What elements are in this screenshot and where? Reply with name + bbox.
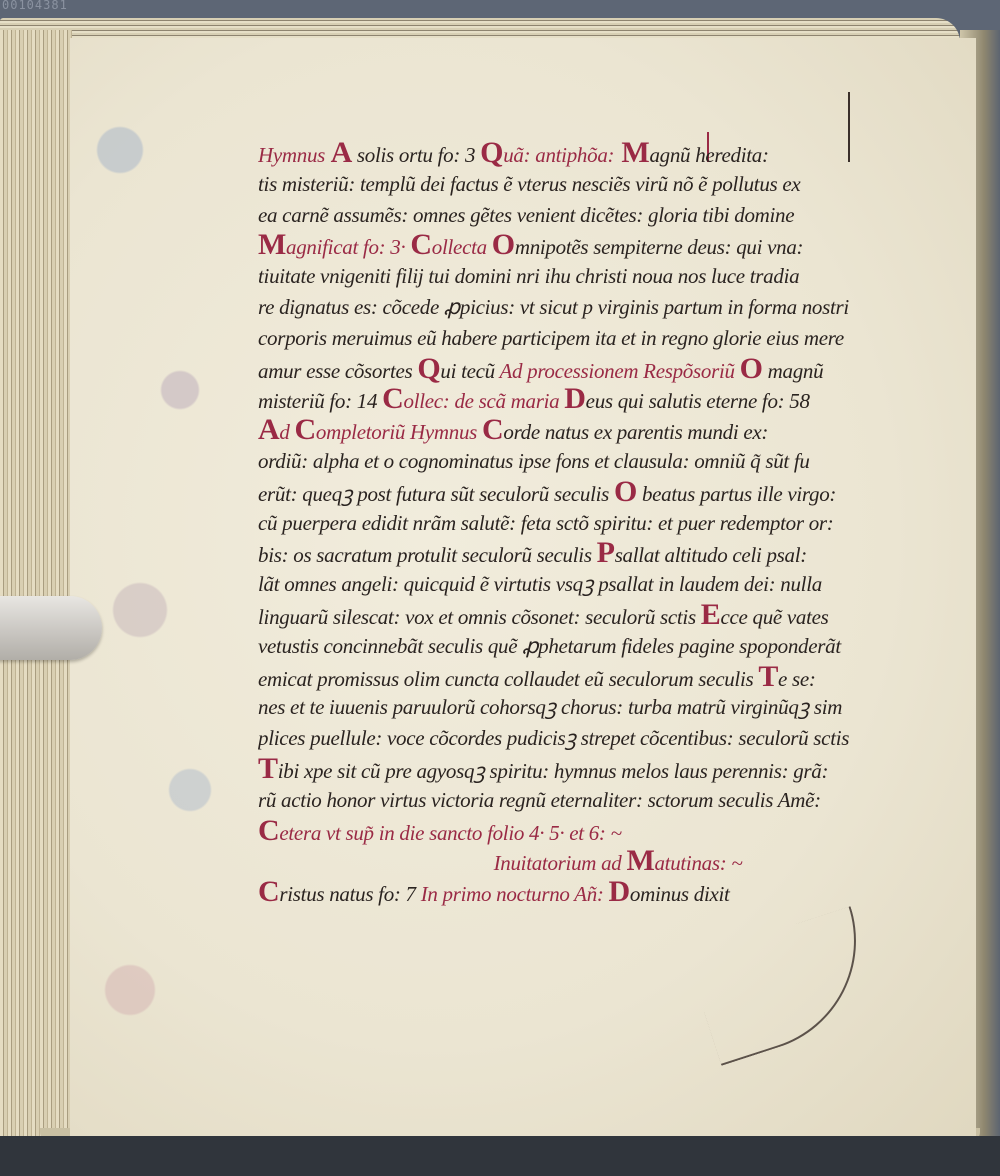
initial-letter: C [410,230,431,261]
body-text: tis misteriũ: templũ dei factus ẽ vterus… [258,172,800,196]
manuscript-line: tiuitate vnigeniti filij tui domini nri … [258,261,918,292]
rubric-text: In primo nocturno Añ: [421,882,609,906]
body-text: cce quẽ vates [721,605,829,629]
show-through-illumination [80,90,220,1050]
initial-letter: C [382,384,403,415]
body-text: ui tecũ [440,359,499,383]
manuscript-line: bis: os sacratum protulit seculorũ secul… [258,538,918,569]
rubric-text: agnificat fo: 3· [286,235,410,259]
body-text: erũt: queqꝫ post futura sũt seculorũ sec… [258,482,614,506]
initial-letter: T [758,662,778,693]
body-text: vetustis concinnebãt seculis quẽ ꝓphetar… [258,634,841,658]
body-text: ordiũ: alpha et o cognominatus ipse fons… [258,449,810,473]
manuscript-line: Inuitatorium ad Matutinas: ~ [258,846,918,877]
manuscript-line: Cetera vt sup̃ in die sancto folio 4· 5·… [258,816,918,847]
initial-letter: E [701,600,721,631]
body-text: eus qui salutis eterne fo: 58 [586,389,810,413]
scan-identifier: 00104381 [2,0,68,12]
manuscript-line: Hymnus A solis ortu fo: 3 Quã: antiphõa:… [258,138,918,169]
manuscript-line: re dignatus es: cõcede ꝓpicius: vt sicut… [258,292,918,323]
initial-letter: A [258,415,279,446]
manuscript-line: tis misteriũ: templũ dei factus ẽ vterus… [258,169,918,200]
manuscript-line: amur esse cõsortes Qui tecũ Ad processio… [258,354,918,385]
body-text: solis ortu fo: 3 [352,143,480,167]
manuscript-line: nes et te iuuenis paruulorũ cohorsqꝫ cho… [258,692,918,723]
manuscript-line: rũ actio honor virtus victoria regnũ ete… [258,785,918,816]
body-text: tiuitate vnigeniti filij tui domini nri … [258,264,799,288]
rubric-text: Hymnus [258,143,325,167]
body-text: ibi xpe sit cũ pre agyosqꝫ spiritu: hymn… [278,759,828,783]
initial-letter: P [597,538,615,569]
body-text: ea carnẽ assumẽs: omnes gẽtes venient di… [258,203,794,227]
manuscript-line: ordiũ: alpha et o cognominatus ipse fons… [258,446,918,477]
body-text: agnũ heredita: [649,143,768,167]
initial-letter: M [626,846,654,877]
body-text: mnipotẽs sempiterne deus: qui vna: [515,235,803,259]
scan-background-bottom [0,1136,1000,1176]
rubric-text: Ad processionem Respõsoriũ [499,359,739,383]
body-text: re dignatus es: cõcede ꝓpicius: vt sicut… [258,295,849,319]
body-text: bis: os sacratum protulit seculorũ secul… [258,543,597,567]
rubric-text: atutinas: ~ [654,851,742,875]
manuscript-line: linguarũ silescat: vox et omnis cõsonet:… [258,600,918,631]
manuscript-line: corporis meruimus eũ habere participem i… [258,323,918,354]
body-text: magnũ [763,359,824,383]
initial-letter: M [614,138,649,169]
rubric-text: etera vt sup̃ in die sancto folio 4· 5· … [279,821,621,845]
body-text: lãt omnes angeli: quicquid ẽ virtutis vs… [258,572,822,596]
initial-letter: D [609,877,630,908]
initial-letter: M [258,230,286,261]
initial-letter: C [258,816,279,847]
rubric-text: Inuitatorium ad [494,851,627,875]
manuscript-line: cũ puerpera edidit nrãm salutẽ: feta sct… [258,508,918,539]
body-text: sallat altitudo celi psal: [615,543,807,567]
initial-letter: T [258,754,278,785]
initial-letter: C [258,877,279,908]
body-text: orde natus ex parentis mundi ex: [503,420,768,444]
initial-letter: D [564,384,585,415]
manuscript-line: Cristus natus fo: 7 In primo nocturno Añ… [258,877,918,908]
manuscript-line: vetustis concinnebãt seculis quẽ ꝓphetar… [258,631,918,662]
body-text: nes et te iuuenis paruulorũ cohorsqꝫ cho… [258,695,842,719]
manuscript-line: erũt: queqꝫ post futura sũt seculorũ sec… [258,477,918,508]
page-clip-holder [0,596,102,660]
manuscript-text: Hymnus A solis ortu fo: 3 Quã: antiphõa:… [258,138,918,908]
initial-letter: C [295,415,316,446]
rubric-text: ollecta [432,235,492,259]
body-text: linguarũ silescat: vox et omnis cõsonet:… [258,605,701,629]
manuscript-line: Tibi xpe sit cũ pre agyosqꝫ spiritu: hym… [258,754,918,785]
initial-letter: O [740,354,763,385]
body-text: e se: [778,667,816,691]
body-text: rũ actio honor virtus victoria regnũ ete… [258,788,821,812]
body-text: emicat promissus olim cuncta collaudet e… [258,667,758,691]
initial-letter: Q [480,138,503,169]
rubric-text: ompletoriũ Hymnus [316,420,482,444]
body-text: beatus partus ille virgo: [637,482,836,506]
body-text: misteriũ fo: 14 [258,389,382,413]
body-text: ominus dixit [630,882,730,906]
body-text: corporis meruimus eũ habere participem i… [258,326,844,350]
body-text: ristus natus fo: 7 [279,882,420,906]
body-text: cũ puerpera edidit nrãm salutẽ: feta sct… [258,511,833,535]
initial-letter: O [492,230,515,261]
rubric-text: uã: antiphõa: [503,143,614,167]
body-text: plices puellule: voce cõcordes pudicisꝫ … [258,726,849,750]
initial-letter: A [325,138,352,169]
manuscript-line: Magnificat fo: 3· Collecta Omnipotẽs sem… [258,230,918,261]
initial-letter: O [614,477,637,508]
manuscript-line: lãt omnes angeli: quicquid ẽ virtutis vs… [258,569,918,600]
rubric-text: ollec: de scã maria [404,389,565,413]
manuscript-line: ea carnẽ assumẽs: omnes gẽtes venient di… [258,200,918,231]
manuscript-line: misteriũ fo: 14 Collec: de scã maria Deu… [258,384,918,415]
body-text: amur esse cõsortes [258,359,417,383]
initial-letter: C [482,415,503,446]
manuscript-line: Ad Completoriũ Hymnus Corde natus ex par… [258,415,918,446]
manuscript-line: emicat promissus olim cuncta collaudet e… [258,662,918,693]
book-page-edges-left [0,30,72,1140]
rubric-text: d [279,420,294,444]
initial-letter: Q [417,354,440,385]
manuscript-line: plices puellule: voce cõcordes pudicisꝫ … [258,723,918,754]
